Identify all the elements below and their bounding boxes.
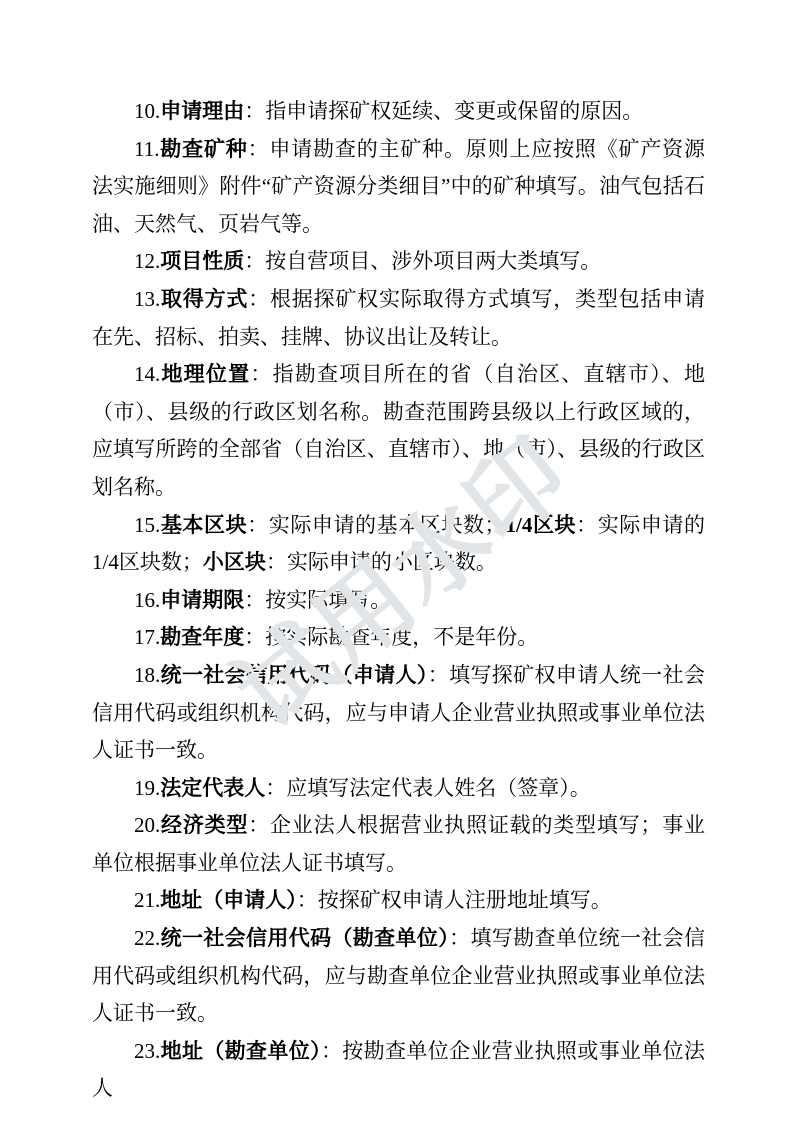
text-segment: ：实际申请的基本区块数； — [247, 513, 505, 537]
term-label: 项目性质 — [160, 249, 244, 273]
term-label: 1/4区块 — [506, 513, 577, 537]
text-segment: 12. — [134, 249, 160, 273]
text-segment: ：指申请探矿权延续、变更或保留的原因。 — [244, 99, 643, 123]
term-label: 经济类型 — [160, 813, 248, 837]
text-segment: ：按自营项目、涉外项目两大类填写。 — [244, 249, 601, 273]
text-segment: ：按实际勘查年度，不是年份。 — [244, 625, 538, 649]
text-segment: 10. — [134, 99, 160, 123]
term-label: 统一社会信用代码（勘查单位） — [160, 926, 449, 950]
term-label: 申请期限 — [160, 588, 244, 612]
text-segment: 21. — [134, 888, 160, 912]
text-segment: ：按实际填写。 — [244, 588, 391, 612]
term-label: 地理位置 — [160, 362, 250, 386]
paragraph: 19.法定代表人：应填写法定代表人姓名（签章）。 — [92, 770, 705, 808]
text-segment: 13. — [134, 287, 160, 311]
term-label: 勘查矿种 — [159, 137, 247, 161]
paragraph: 22.统一社会信用代码（勘查单位）：填写勘查单位统一社会信用代码或组织机构代码，… — [92, 920, 705, 1033]
paragraph: 11.勘查矿种：申请勘查的主矿种。原则上应按照《矿产资源法实施细则》附件“矿产资… — [92, 131, 705, 244]
text-segment: 11. — [134, 137, 159, 161]
text-segment: 19. — [134, 776, 160, 800]
paragraph: 17.勘查年度：按实际勘查年度，不是年份。 — [92, 619, 705, 657]
term-label: 地址（勘查单位） — [160, 1039, 321, 1063]
term-label: 法定代表人 — [160, 776, 265, 800]
text-segment: 15. — [134, 513, 160, 537]
paragraph: 14.地理位置：指勘查项目所在的省（自治区、直辖市）、地（市）、县级的行政区划名… — [92, 356, 705, 506]
text-segment: 23. — [134, 1039, 160, 1063]
term-label: 地址（申请人） — [160, 888, 297, 912]
term-label: 申请理由 — [160, 99, 244, 123]
text-segment: 14. — [134, 362, 160, 386]
paragraph: 13.取得方式：根据探矿权实际取得方式填写，类型包括申请在先、招标、拍卖、挂牌、… — [92, 281, 705, 356]
text-segment: ：实际申请的小区块数。 — [266, 550, 497, 574]
paragraph: 21.地址（申请人）：按探矿权申请人注册地址填写。 — [92, 882, 705, 920]
text-segment: 17. — [134, 625, 160, 649]
paragraph: 12.项目性质：按自营项目、涉外项目两大类填写。 — [92, 243, 705, 281]
paragraph: 23.地址（勘查单位）：按勘查单位企业营业执照或事业单位法人 — [92, 1033, 705, 1108]
term-label: 勘查年度 — [160, 625, 244, 649]
term-label: 取得方式 — [160, 287, 248, 311]
text-segment: ：应填写法定代表人姓名（签章）。 — [265, 776, 591, 800]
text-segment: ：按探矿权申请人注册地址填写。 — [297, 888, 612, 912]
term-label: 基本区块 — [160, 513, 247, 537]
text-segment: 22. — [134, 926, 160, 950]
paragraph: 15.基本区块：实际申请的基本区块数；1/4区块：实际申请的1/4区块数；小区块… — [92, 507, 705, 582]
text-segment: 16. — [134, 588, 160, 612]
paragraph: 20.经济类型：企业法人根据营业执照证载的类型填写；事业单位根据事业单位法人证书… — [92, 807, 705, 882]
paragraph: 16.申请期限：按实际填写。 — [92, 582, 705, 620]
text-segment: 18. — [134, 663, 160, 687]
term-label: 统一社会信用代码（申请人） — [160, 663, 427, 687]
text-segment: 20. — [134, 813, 160, 837]
paragraph: 10.申请理由：指申请探矿权延续、变更或保留的原因。 — [92, 93, 705, 131]
term-label: 小区块 — [203, 550, 266, 574]
document-page: 10.申请理由：指申请探矿权延续、变更或保留的原因。11.勘查矿种：申请勘查的主… — [0, 0, 793, 1122]
text-content: 10.申请理由：指申请探矿权延续、变更或保留的原因。11.勘查矿种：申请勘查的主… — [92, 93, 705, 1108]
paragraph: 18.统一社会信用代码（申请人）：填写探矿权申请人统一社会信用代码或组织机构代码… — [92, 657, 705, 770]
